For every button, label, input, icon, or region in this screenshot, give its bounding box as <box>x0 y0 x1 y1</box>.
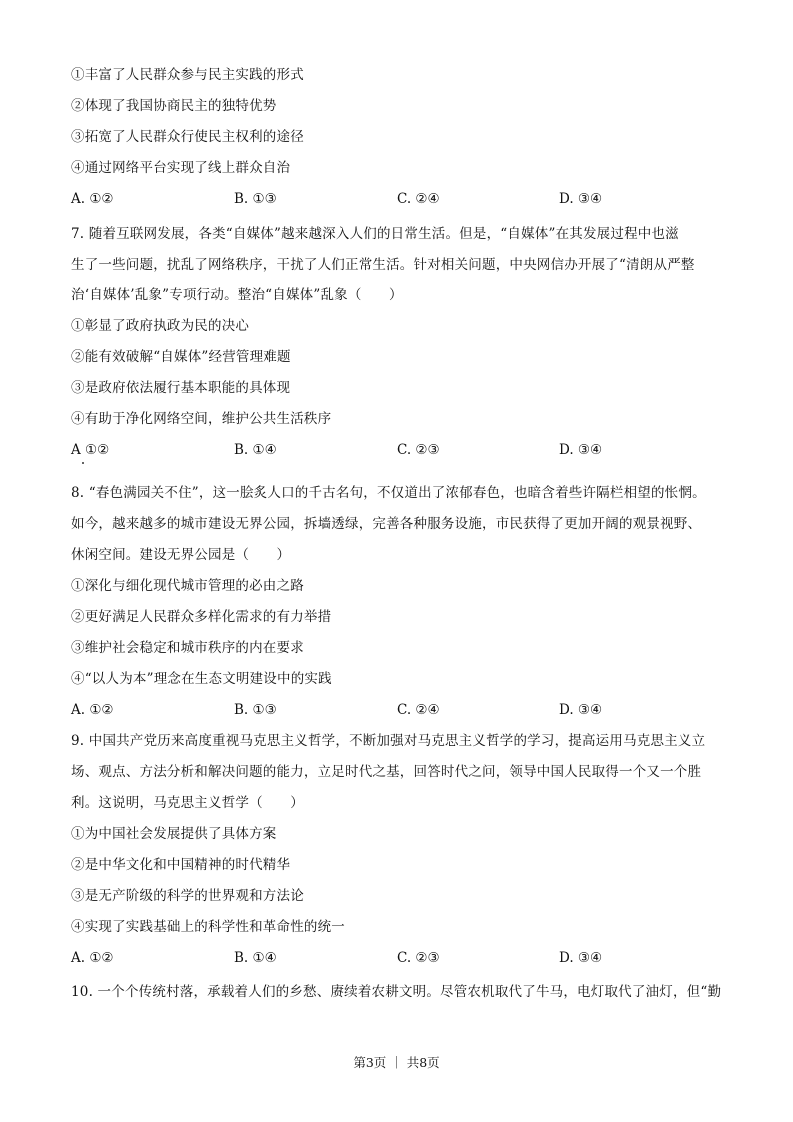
q8-option-c: C. ②④ <box>397 701 440 719</box>
stray-dot-mark <box>82 462 84 464</box>
q7-stem-line-3: 治‘自媒体’乱象”专项行动。整治“自媒体”乱象（ ） <box>71 286 403 304</box>
q8-option-a: A. ①② <box>71 701 114 719</box>
q9-statement-1: ①为中国社会发展提供了具体方案 <box>71 825 277 843</box>
q6-option-d: D. ③④ <box>559 190 602 208</box>
q7-statement-3: ③是政府依法履行基本职能的具体现 <box>71 379 290 397</box>
q9-stem-line-1: 9. 中国共产党历来高度重视马克思主义哲学，不断加强对马克思主义哲学的学习，提高… <box>71 732 705 750</box>
q10-stem-line-1: 10. 一个个传统村落，承载着人们的乡愁、赓续着农耕文明。尽管农机取代了牛马，电… <box>71 983 721 1001</box>
q8-option-b: B. ①③ <box>234 701 277 719</box>
q8-stem-line-2: 如今，越来越多的城市建设无界公园，拆墙透绿，完善各种服务设施，市民获得了更加开阔… <box>71 515 701 533</box>
q9-stem-line-2: 场、观点、方法分析和解决问题的能力，立足时代之基，回答时代之问，领导中国人民取得… <box>71 763 701 781</box>
q9-option-a: A. ①② <box>71 949 114 967</box>
q8-statement-2: ②更好满足人民群众多样化需求的有力举措 <box>71 608 331 626</box>
q7-option-d: D. ③④ <box>559 441 602 459</box>
q8-stem-line-3: 休闲空间。建设无界公园是（ ） <box>71 546 290 564</box>
page-footer: 第3页 ｜ 共8页 <box>0 1055 793 1071</box>
q9-stem-line-3: 利。这说明，马克思主义哲学（ ） <box>71 794 304 812</box>
q6-option-a: A. ①② <box>71 190 114 208</box>
q6-statement-1: ①丰富了人民群众参与民主实践的形式 <box>71 66 304 84</box>
q7-statement-1: ①彰显了政府执政为民的决心 <box>71 317 249 335</box>
q7-option-a: A ①② <box>71 441 109 459</box>
q8-statement-1: ①深化与细化现代城市管理的必由之路 <box>71 577 304 595</box>
q8-statement-3: ③维护社会稳定和城市秩序的内在要求 <box>71 639 304 657</box>
q8-option-d: D. ③④ <box>559 701 602 719</box>
q7-option-b: B. ①④ <box>234 441 277 459</box>
q8-statement-4: ④“以人为本”理念在生态文明建设中的实践 <box>71 670 332 688</box>
q6-option-c: C. ②④ <box>397 190 440 208</box>
q6-statement-4: ④通过网络平台实现了线上群众自治 <box>71 159 290 177</box>
q9-statement-4: ④实现了实践基础上的科学性和革命性的统一 <box>71 918 345 936</box>
q8-stem-line-1: 8. “春色满园关不住”，这一脍炙人口的千古名句，不仅道出了浓郁春色，也暗含着些… <box>71 484 706 502</box>
q6-option-b: B. ①③ <box>234 190 277 208</box>
q7-option-c: C. ②③ <box>397 441 440 459</box>
q7-stem-line-1: 7. 随着互联网发展，各类“自媒体”越来越深入人们的日常生活。但是，“自媒体”在… <box>71 225 679 243</box>
q7-statement-2: ②能有效破解“自媒体”经营管理难题 <box>71 348 291 366</box>
q6-statement-3: ③拓宽了人民群众行使民主权利的途径 <box>71 128 304 146</box>
q7-statement-4: ④有助于净化网络空间，维护公共生活秩序 <box>71 410 331 428</box>
q9-statement-2: ②是中华文化和中国精神的时代精华 <box>71 856 290 874</box>
document-page: ①丰富了人民群众参与民主实践的形式 ②体现了我国协商民主的独特优势 ③拓宽了人民… <box>0 0 793 1122</box>
q7-stem-line-2: 生了一些问题，扰乱了网络秩序，干扰了人们正常生活。针对相关问题，中央网信办开展了… <box>71 256 695 274</box>
q6-statement-2: ②体现了我国协商民主的独特优势 <box>71 97 277 115</box>
q9-option-d: D. ③④ <box>559 949 602 967</box>
q9-option-b: B. ①④ <box>234 949 277 967</box>
q9-statement-3: ③是无产阶级的科学的世界观和方法论 <box>71 887 304 905</box>
q9-option-c: C. ②③ <box>397 949 440 967</box>
